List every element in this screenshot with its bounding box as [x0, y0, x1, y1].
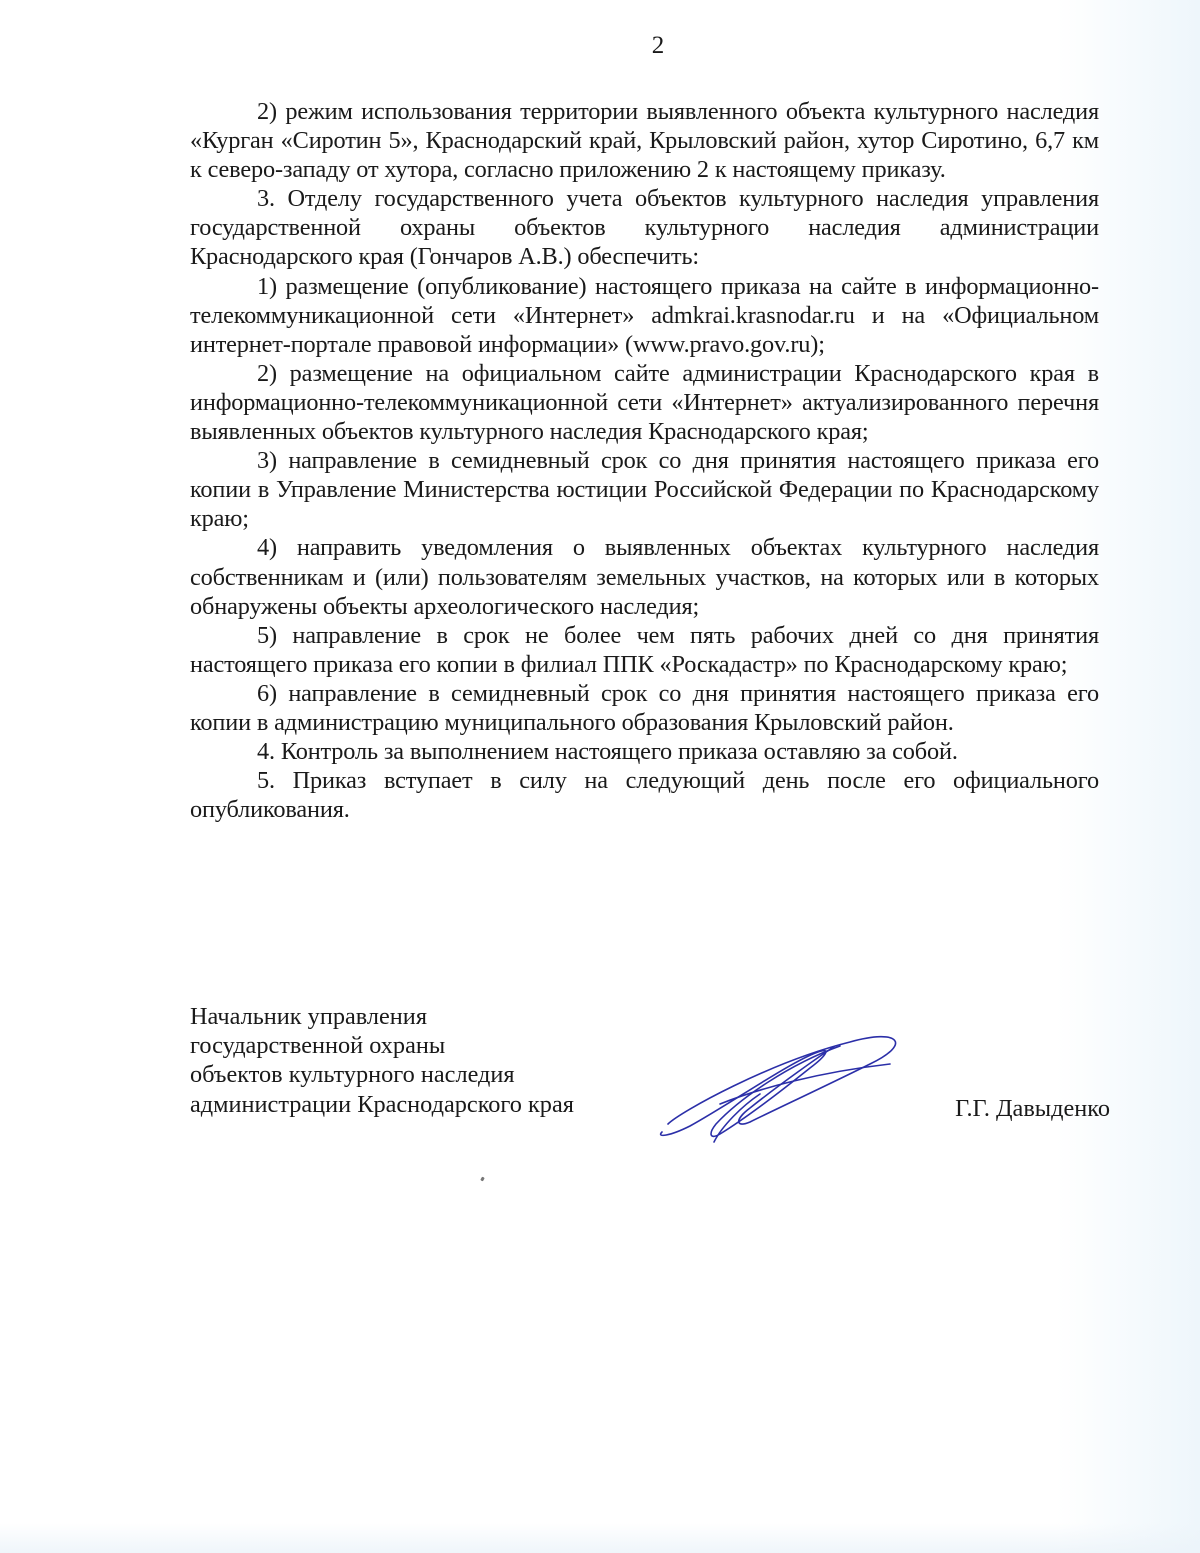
paragraph-clause-3-4: 4) направить уведомления о выявленных об…: [190, 533, 1099, 620]
paragraph-clause-5: 5. Приказ вступает в силу на следующий д…: [190, 766, 1099, 824]
paragraph-clause-3: 3. Отделу государственного учета объекто…: [190, 184, 1099, 271]
document-page: 2 2) режим использования территории выяв…: [0, 0, 1200, 1553]
document-body: 2) режим использования территории выявле…: [190, 97, 1099, 824]
signatory-position-line: администрации Краснодарского края: [190, 1090, 574, 1119]
page-number: 2: [0, 32, 1200, 60]
scan-artifact: [480, 1177, 485, 1182]
signatory-position-line: объектов культурного наследия: [190, 1060, 574, 1089]
paragraph-clause-3-5: 5) направление в срок не более чем пять …: [190, 621, 1099, 679]
paragraph-clause-3-2: 2) размещение на официальном сайте админ…: [190, 359, 1099, 446]
scan-edge-tint: [0, 1523, 1200, 1553]
paragraph-clause-3-3: 3) направление в семидневный срок со дня…: [190, 446, 1099, 533]
paragraph-clause-3-1: 1) размещение (опубликование) настоящего…: [190, 272, 1099, 359]
paragraph-clause-2-2: 2) режим использования территории выявле…: [190, 97, 1099, 184]
signatory-name: Г.Г. Давыденко: [955, 1094, 1110, 1123]
paragraph-clause-4: 4. Контроль за выполнением настоящего пр…: [190, 737, 1099, 766]
signature-block: Начальник управления государственной охр…: [190, 1002, 1110, 1142]
paragraph-clause-3-6: 6) направление в семидневный срок со дня…: [190, 679, 1099, 737]
handwritten-signature-icon: [650, 1022, 910, 1147]
signatory-position: Начальник управления государственной охр…: [190, 1002, 574, 1119]
signatory-position-line: Начальник управления: [190, 1002, 574, 1031]
signatory-position-line: государственной охраны: [190, 1031, 574, 1060]
